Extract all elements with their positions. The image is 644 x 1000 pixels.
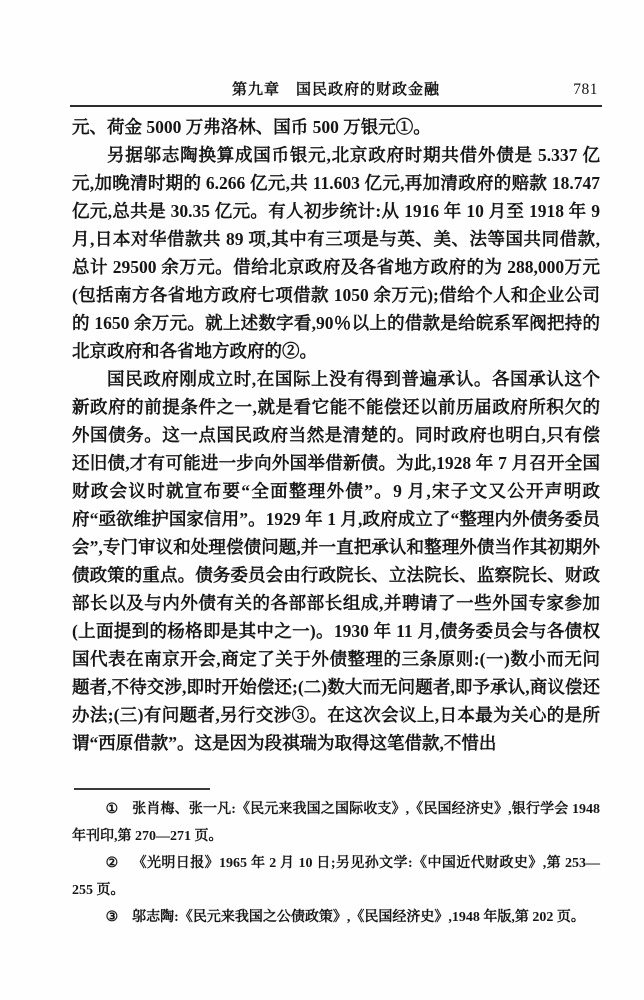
footnote-marker: ① [106,802,119,817]
body-paragraph: 国民政府刚成立时,在国际上没有得到普遍承认。各国承认这个新政府的前提条件之一,就… [72,365,600,757]
footnote-text: 邬志陶:《民元来我国之公债政策》,《民国经济史》,1948 年版,第 202 页… [132,910,585,925]
footnote: ①张肖梅、张一凡:《民元来我国之国际收支》,《民国经济史》,银行学会 1948 … [72,796,600,850]
footnote-marker: ③ [106,910,119,925]
footnote-text: 《光明日报》1965 年 2 月 10 日;另见孙文学:《中国近代财政史》,第 … [72,856,600,898]
footnote-separator [74,788,210,790]
body-paragraph-continuation: 元、荷金 5000 万弗洛林、国币 500 万银元①。 [72,113,600,141]
page-number: 781 [573,79,598,101]
page-header: 第九章 国民政府的财政金融 781 [72,79,600,101]
footnote: ②《光明日报》1965 年 2 月 10 日;另见孙文学:《中国近代财政史》,第… [72,850,600,904]
footnotes: ①张肖梅、张一凡:《民元来我国之国际收支》,《民国经济史》,银行学会 1948 … [72,796,600,931]
chapter-title: 第九章 国民政府的财政金融 [72,79,600,101]
footnote-marker: ② [106,856,119,871]
header-rule [70,105,602,107]
body-paragraph: 另据邬志陶换算成国币银元,北京政府时期共借外债是 5.337 亿元,加晚清时期的… [72,141,600,365]
footnote-text: 张肖梅、张一凡:《民元来我国之国际收支》,《民国经济史》,银行学会 1948 年… [72,802,600,844]
body-text: 元、荷金 5000 万弗洛林、国币 500 万银元①。 另据邬志陶换算成国币银元… [72,113,600,757]
footnote: ③邬志陶:《民元来我国之公债政策》,《民国经济史》,1948 年版,第 202 … [72,904,600,931]
book-page: 第九章 国民政府的财政金融 781 元、荷金 5000 万弗洛林、国币 500 … [0,0,644,1000]
